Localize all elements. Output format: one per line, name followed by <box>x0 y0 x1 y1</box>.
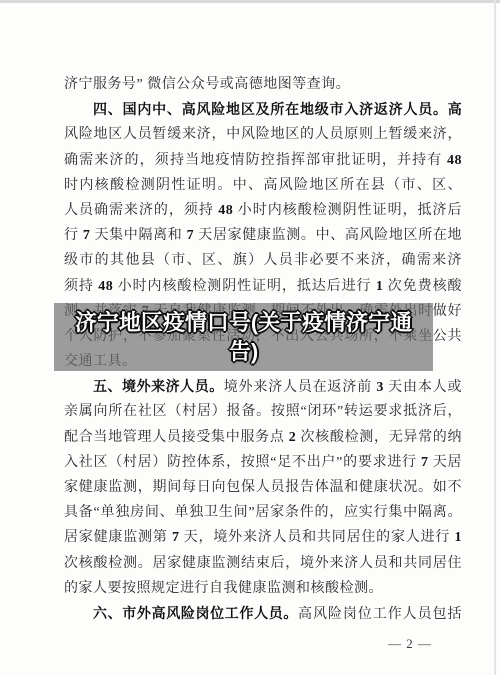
page-right-edge-shadow <box>494 0 496 675</box>
overlay-title-banner: 济宁地区疫情口号(关于疫情济宁通 告) <box>54 303 433 371</box>
page-top-edge <box>0 0 500 3</box>
text-line: 入社区（村居）防控体系，按照“足不出户”的要求进行 7 天居 <box>64 450 462 475</box>
overlay-title-line2: 告) <box>229 337 258 366</box>
text-line: 配合当地管理人员接受集中服务点 2 次核酸检测，无异常的纳 <box>64 425 462 450</box>
text-line: 级市的其他县（市、区、旗）人员非必要不来济，确需来济的， <box>64 248 462 273</box>
text-line: 六、市外高风险岗位工作人员。高风险岗位工作人员包括 <box>64 601 462 626</box>
text-line: 济宁服务号” 微信公众号或高德地图等查询。 <box>64 72 462 97</box>
text-line: 人员确需来济的，须持 48 小时内核酸检测阴性证明，抵济后进 <box>64 198 462 223</box>
text-line: 行 7 天集中隔离和 7 天居家健康监测。中、高风险地区所在地 <box>64 223 462 248</box>
overlay-title-line1: 济宁地区疫情口号(关于疫情济宁通 <box>75 308 412 337</box>
text-line: 具备“单独房间、单独卫生间”居家条件的，应实行集中隔离。 <box>64 500 462 525</box>
text-line: 次核酸检测。居家健康监测结束后，境外来济人员和共同居住 <box>64 551 462 576</box>
text-line: 五、境外来济人员。境外来济人员在返济前 3 天由本人或 <box>64 374 462 399</box>
text-line: 亲属向所在社区（村居）报备。按照“闭环”转运要求抵济后， <box>64 399 462 424</box>
text-line: 风险地区人员暂缓来济，中风险地区的人员原则上暂缓来济， <box>64 122 462 147</box>
text-line: 家健康监测，期间每日向包保人员报告体温和健康状况。如不 <box>64 475 462 500</box>
text-line: 时内核酸检测阴性证明。中、高风险地区所在县（市、区、旗） <box>64 173 462 198</box>
text-line: 确需来济的，须持当地疫情防控指挥部审批证明，并持有 48 小 <box>64 148 462 173</box>
page-number: — 2 — <box>388 636 438 652</box>
text-line: 四、国内中、高风险地区及所在地级市入济返济人员。高 <box>64 97 462 122</box>
scanned-document-page: 济宁服务号” 微信公众号或高德地图等查询。四、国内中、高风险地区及所在地级市入济… <box>0 0 500 675</box>
text-line: 居家健康监测第 7 天，境外来济人员和共同居住的家人进行 1 <box>64 525 462 550</box>
text-line: 的家人要按照规定进行自我健康监测和核酸检测。 <box>64 576 462 601</box>
text-line: 须持 48 小时内核酸检测阴性证明，抵达后进行 1 次免费核酸检 <box>64 274 462 299</box>
